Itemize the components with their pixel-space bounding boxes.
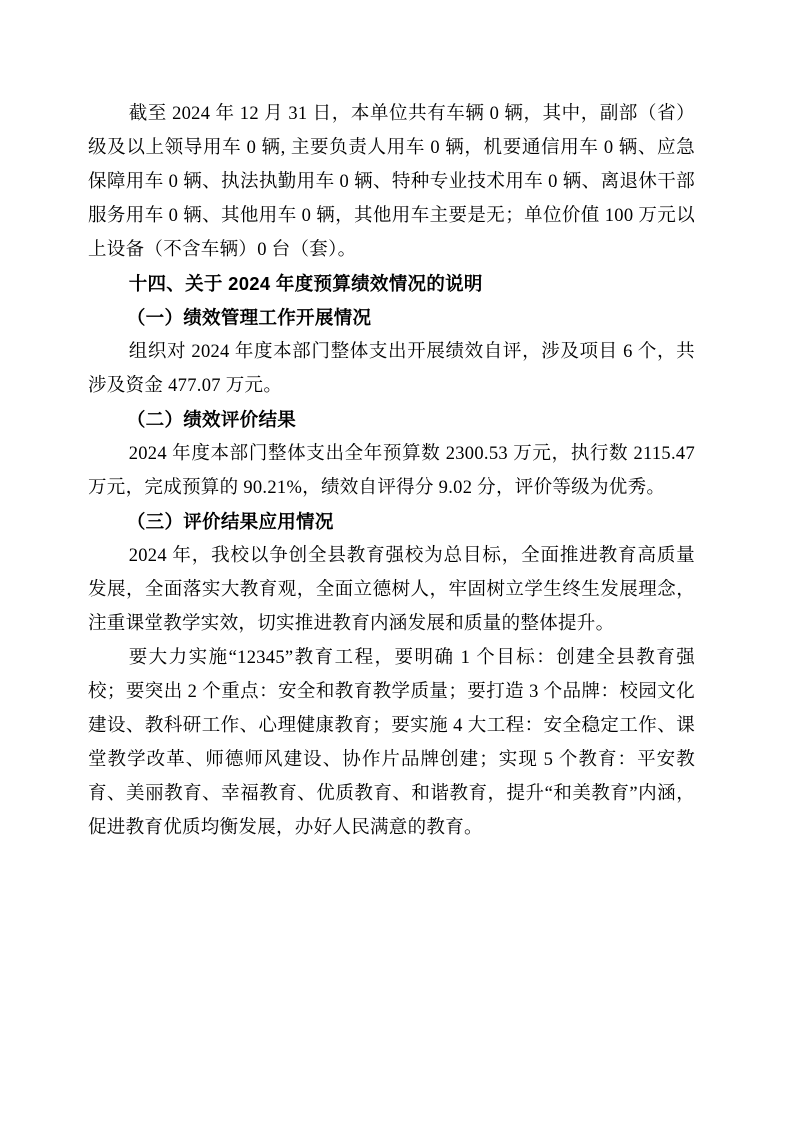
paragraph-school-goals-overview: 2024 年，我校以争创全县教育强校为总目标，全面推进教育高质量发展，全面落实大…	[88, 539, 695, 641]
heading-section-14-budget-performance: 十四、关于 2024 年度预算绩效情况的说明	[88, 267, 695, 301]
heading-sub-3-result-application: （三）评价结果应用情况	[88, 505, 695, 539]
paragraph-vehicle-equipment-summary: 截至 2024 年 12 月 31 日，本单位共有车辆 0 辆，其中，副部（省）…	[88, 97, 695, 267]
paragraph-12345-education-project: 要大力实施“12345”教育工程，要明确 1 个目标：创建全县教育强校；要突出 …	[88, 641, 695, 845]
paragraph-budget-execution-results: 2024 年度本部门整体支出全年预算数 2300.53 万元，执行数 2115.…	[88, 437, 695, 505]
paragraph-self-evaluation-scope: 组织对 2024 年度本部门整体支出开展绩效自评，涉及项目 6 个，共涉及资金 …	[88, 335, 695, 403]
document-page: 截至 2024 年 12 月 31 日，本单位共有车辆 0 辆，其中，副部（省）…	[0, 0, 793, 1122]
document-body: 截至 2024 年 12 月 31 日，本单位共有车辆 0 辆，其中，副部（省）…	[88, 97, 695, 845]
heading-sub-1-performance-management: （一）绩效管理工作开展情况	[88, 301, 695, 335]
heading-sub-2-evaluation-results: （二）绩效评价结果	[88, 403, 695, 437]
